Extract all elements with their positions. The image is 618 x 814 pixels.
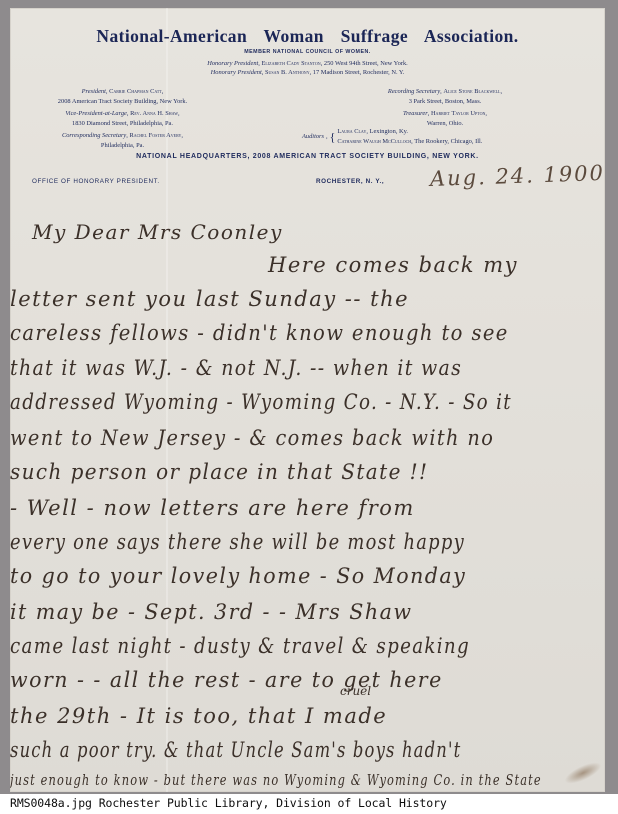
officer-role: President [82, 88, 106, 95]
paper-stain [562, 758, 604, 788]
letter-line-12: came last night - dusty & travel & speak… [10, 634, 470, 658]
officer-role: Honorary President [207, 60, 258, 67]
officer-name: Elizabeth Cady Stanton [262, 60, 321, 67]
officer-address: 3 Park Street, Boston, Mass. [355, 97, 535, 107]
officer-address: The Rookery, Chicago, Ill. [414, 138, 482, 145]
salutation: My Dear Mrs Coonley [32, 220, 283, 244]
office-line: OFFICE OF HONORARY PRESIDENT. [32, 178, 160, 185]
officer-recording-secretary: Recording Secretary, Alice Stone Blackwe… [355, 87, 535, 97]
officer-corresponding-secretary: Corresponding Secretary, Rachel Foster A… [40, 131, 205, 141]
letter-line-9: every one says there she will be most ha… [10, 530, 465, 554]
image-caption: RMS0048a.jpg Rochester Public Library, D… [10, 796, 447, 810]
letter-line-6: went to New Jersey - & comes back with n… [10, 426, 494, 450]
left-officers: President, Carrie Chapman Catt, 2008 Ame… [40, 87, 205, 150]
place-line: ROCHESTER, N. Y., [316, 178, 384, 185]
officer-name: Alice Stone Blackwell [443, 88, 500, 95]
letter-line-15: such a poor try. & that Uncle Sam's boys… [10, 738, 461, 762]
letter-insertion: cruel [340, 684, 371, 698]
letter-page: National-American Woman Suffrage Associa… [10, 8, 605, 792]
officer-address: Philadelphia, Pa. [40, 141, 205, 151]
letterhead-member-line: MEMBER NATIONAL COUNCIL OF WOMEN. [10, 49, 605, 55]
letter-line-16: just enough to know - but there was no W… [10, 771, 542, 789]
officer-address: 250 West 94th Street, New York. [324, 60, 408, 67]
officer-address: 1830 Diamond Street, Philadelphia, Pa. [40, 119, 205, 129]
letter-line-1: Here comes back my [268, 253, 518, 277]
letter-line-3: careless fellows - didn't know enough to… [10, 321, 509, 345]
officer-name: Carrie Chapman Catt [109, 88, 162, 95]
auditor-1: Laura Clay, Lexington, Ky. [337, 127, 482, 137]
letter-line-11: it may be - Sept. 3rd - - Mrs Shaw [10, 600, 412, 624]
officer-role: Recording Secretary [388, 88, 440, 95]
letter-line-10: to go to your lovely home - So Monday [10, 564, 466, 588]
officer-address: 2008 American Tract Society Building, Ne… [40, 97, 205, 107]
officer-name: Harriet Taylor Upton [431, 110, 485, 117]
auditors: Auditors, { Laura Clay, Lexington, Ky. C… [302, 127, 482, 146]
letter-line-4: that it was W.J. - & not N.J. -- when it… [10, 356, 462, 380]
officer-address: Lexington, Ky. [370, 128, 408, 135]
letter-line-7: such person or place in that State !! [10, 460, 428, 484]
officer-address: 17 Madison Street, Rochester, N. Y. [313, 69, 405, 76]
auditors-role: Auditors [302, 132, 324, 142]
honorary-president-1: Honorary President, Elizabeth Cady Stant… [10, 59, 605, 68]
officer-name: Susan B. Anthony [265, 69, 310, 76]
officer-vice-president: Vice-President-at-Large, Rev. Anna H. Sh… [40, 109, 205, 119]
brace-icon: { [330, 132, 336, 142]
letter-line-8: - Well - now letters are here from [10, 496, 415, 520]
officer-name: Rachel Foster Avery [129, 132, 181, 139]
officer-name: Rev. Anna H. Shaw [130, 110, 178, 117]
officer-name: Laura Clay [337, 128, 366, 135]
officer-name: Catharine Waugh McCulloch [337, 138, 411, 145]
letter-line-5: addressed Wyoming - Wyoming Co. - N.Y. -… [10, 390, 512, 414]
letter-line-2: letter sent you last Sunday -- the [10, 287, 409, 311]
headquarters-line: NATIONAL HEADQUARTERS, 2008 AMERICAN TRA… [10, 153, 605, 160]
officer-treasurer: Treasurer, Harriet Taylor Upton, [355, 109, 535, 119]
officer-role: Honorary President [211, 69, 262, 76]
officer-role: Vice-President-at-Large [65, 110, 127, 117]
letterhead-title: National-American Woman Suffrage Associa… [10, 26, 605, 47]
officer-president: President, Carrie Chapman Catt, [40, 87, 205, 97]
auditor-2: Catharine Waugh McCulloch, The Rookery, … [337, 137, 482, 147]
letter-line-13: worn - - all the rest - are to get here [10, 668, 443, 692]
letter-line-14: the 29th - It is too, that I made [10, 704, 387, 728]
honorary-president-2: Honorary President, Susan B. Anthony, 17… [10, 68, 605, 77]
right-officers: Recording Secretary, Alice Stone Blackwe… [355, 87, 535, 128]
officer-role: Corresponding Secretary [62, 132, 126, 139]
handwritten-date: Aug. 24. 1900 [430, 161, 605, 191]
officer-role: Treasurer [403, 110, 428, 117]
